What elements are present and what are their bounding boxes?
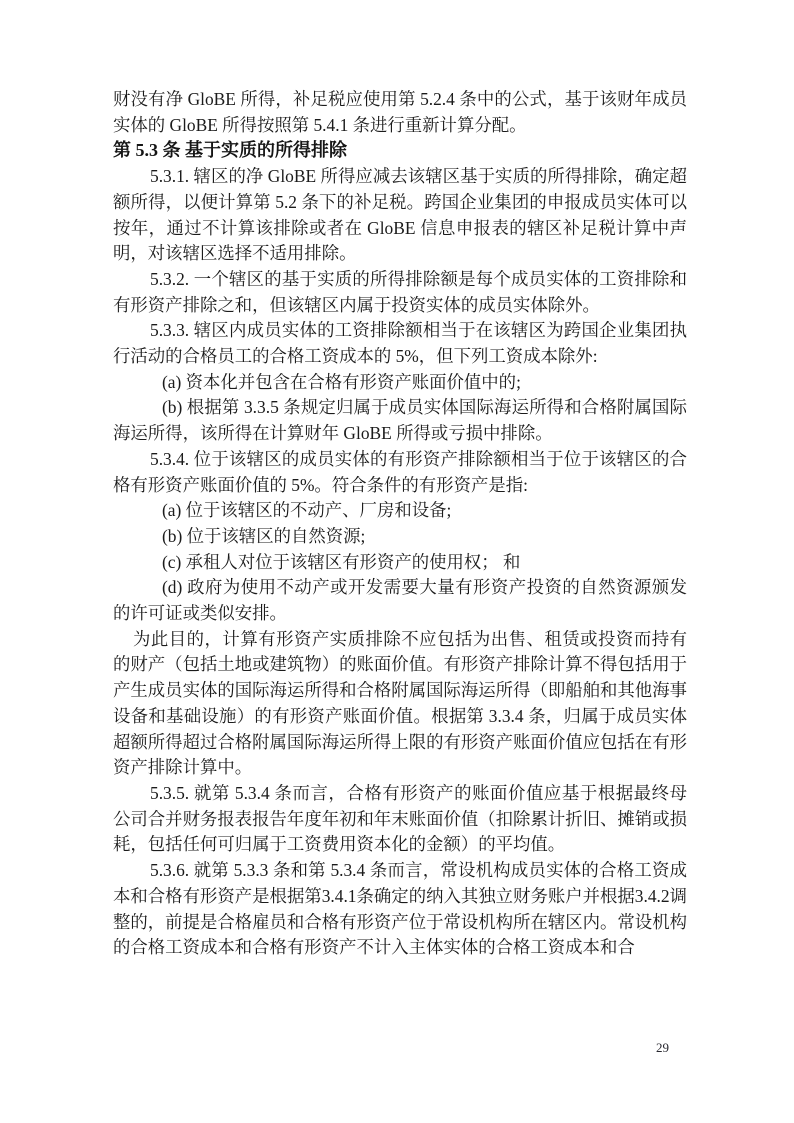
clause-5-3-6: 5.3.6. 就第 5.3.3 条和第 5.3.4 条而言，常设机构成员实体的合…: [113, 858, 687, 961]
paragraph-purpose: 为此目的，计算有形资产实质排除不应包括为出售、租赁或投资而持有的财产（包括土地或…: [113, 627, 687, 781]
list-item-5-3-3-b: (b) 根据第 3.3.5 条规定归属于成员实体国际海运所得和合格附属国际海运所…: [113, 395, 687, 446]
list-item-5-3-4-b: (b) 位于该辖区的自然资源;: [113, 524, 687, 550]
document-page: 财没有净 GloBE 所得，补足税应使用第 5.2.4 条中的公式，基于该财年成…: [0, 0, 794, 1123]
clause-5-3-4: 5.3.4. 位于该辖区的成员实体的有形资产排除额相当于位于该辖区的合格有形资产…: [113, 447, 687, 498]
list-item-5-3-4-c: (c) 承租人对位于该辖区有形资产的使用权； 和: [113, 550, 687, 576]
clause-5-3-3: 5.3.3. 辖区内成员实体的工资排除额相当于在该辖区为跨国企业集团执行活动的合…: [113, 318, 687, 369]
clause-5-3-2: 5.3.2. 一个辖区的基于实质的所得排除额是每个成员实体的工资排除和有形资产排…: [113, 267, 687, 318]
page-body-text: 财没有净 GloBE 所得，补足税应使用第 5.2.4 条中的公式，基于该财年成…: [113, 87, 687, 961]
page-number: 29: [656, 1040, 686, 1056]
list-item-5-3-3-a: (a) 资本化并包含在合格有形资产账面价值中的;: [113, 370, 687, 396]
section-heading: 第 5.3 条 基于实质的所得排除: [113, 138, 687, 164]
clause-5-3-1: 5.3.1. 辖区的净 GloBE 所得应减去该辖区基于实质的所得排除，确定超额…: [113, 164, 687, 267]
clause-5-3-5: 5.3.5. 就第 5.3.4 条而言，合格有形资产的账面价值应基于根据最终母公…: [113, 781, 687, 858]
list-item-5-3-4-d: (d) 政府为使用不动产或开发需要大量有形资产投资的自然资源颁发的许可证或类似安…: [113, 575, 687, 626]
list-item-5-3-4-a: (a) 位于该辖区的不动产、厂房和设备;: [113, 498, 687, 524]
paragraph-continuation: 财没有净 GloBE 所得，补足税应使用第 5.2.4 条中的公式，基于该财年成…: [113, 87, 687, 138]
